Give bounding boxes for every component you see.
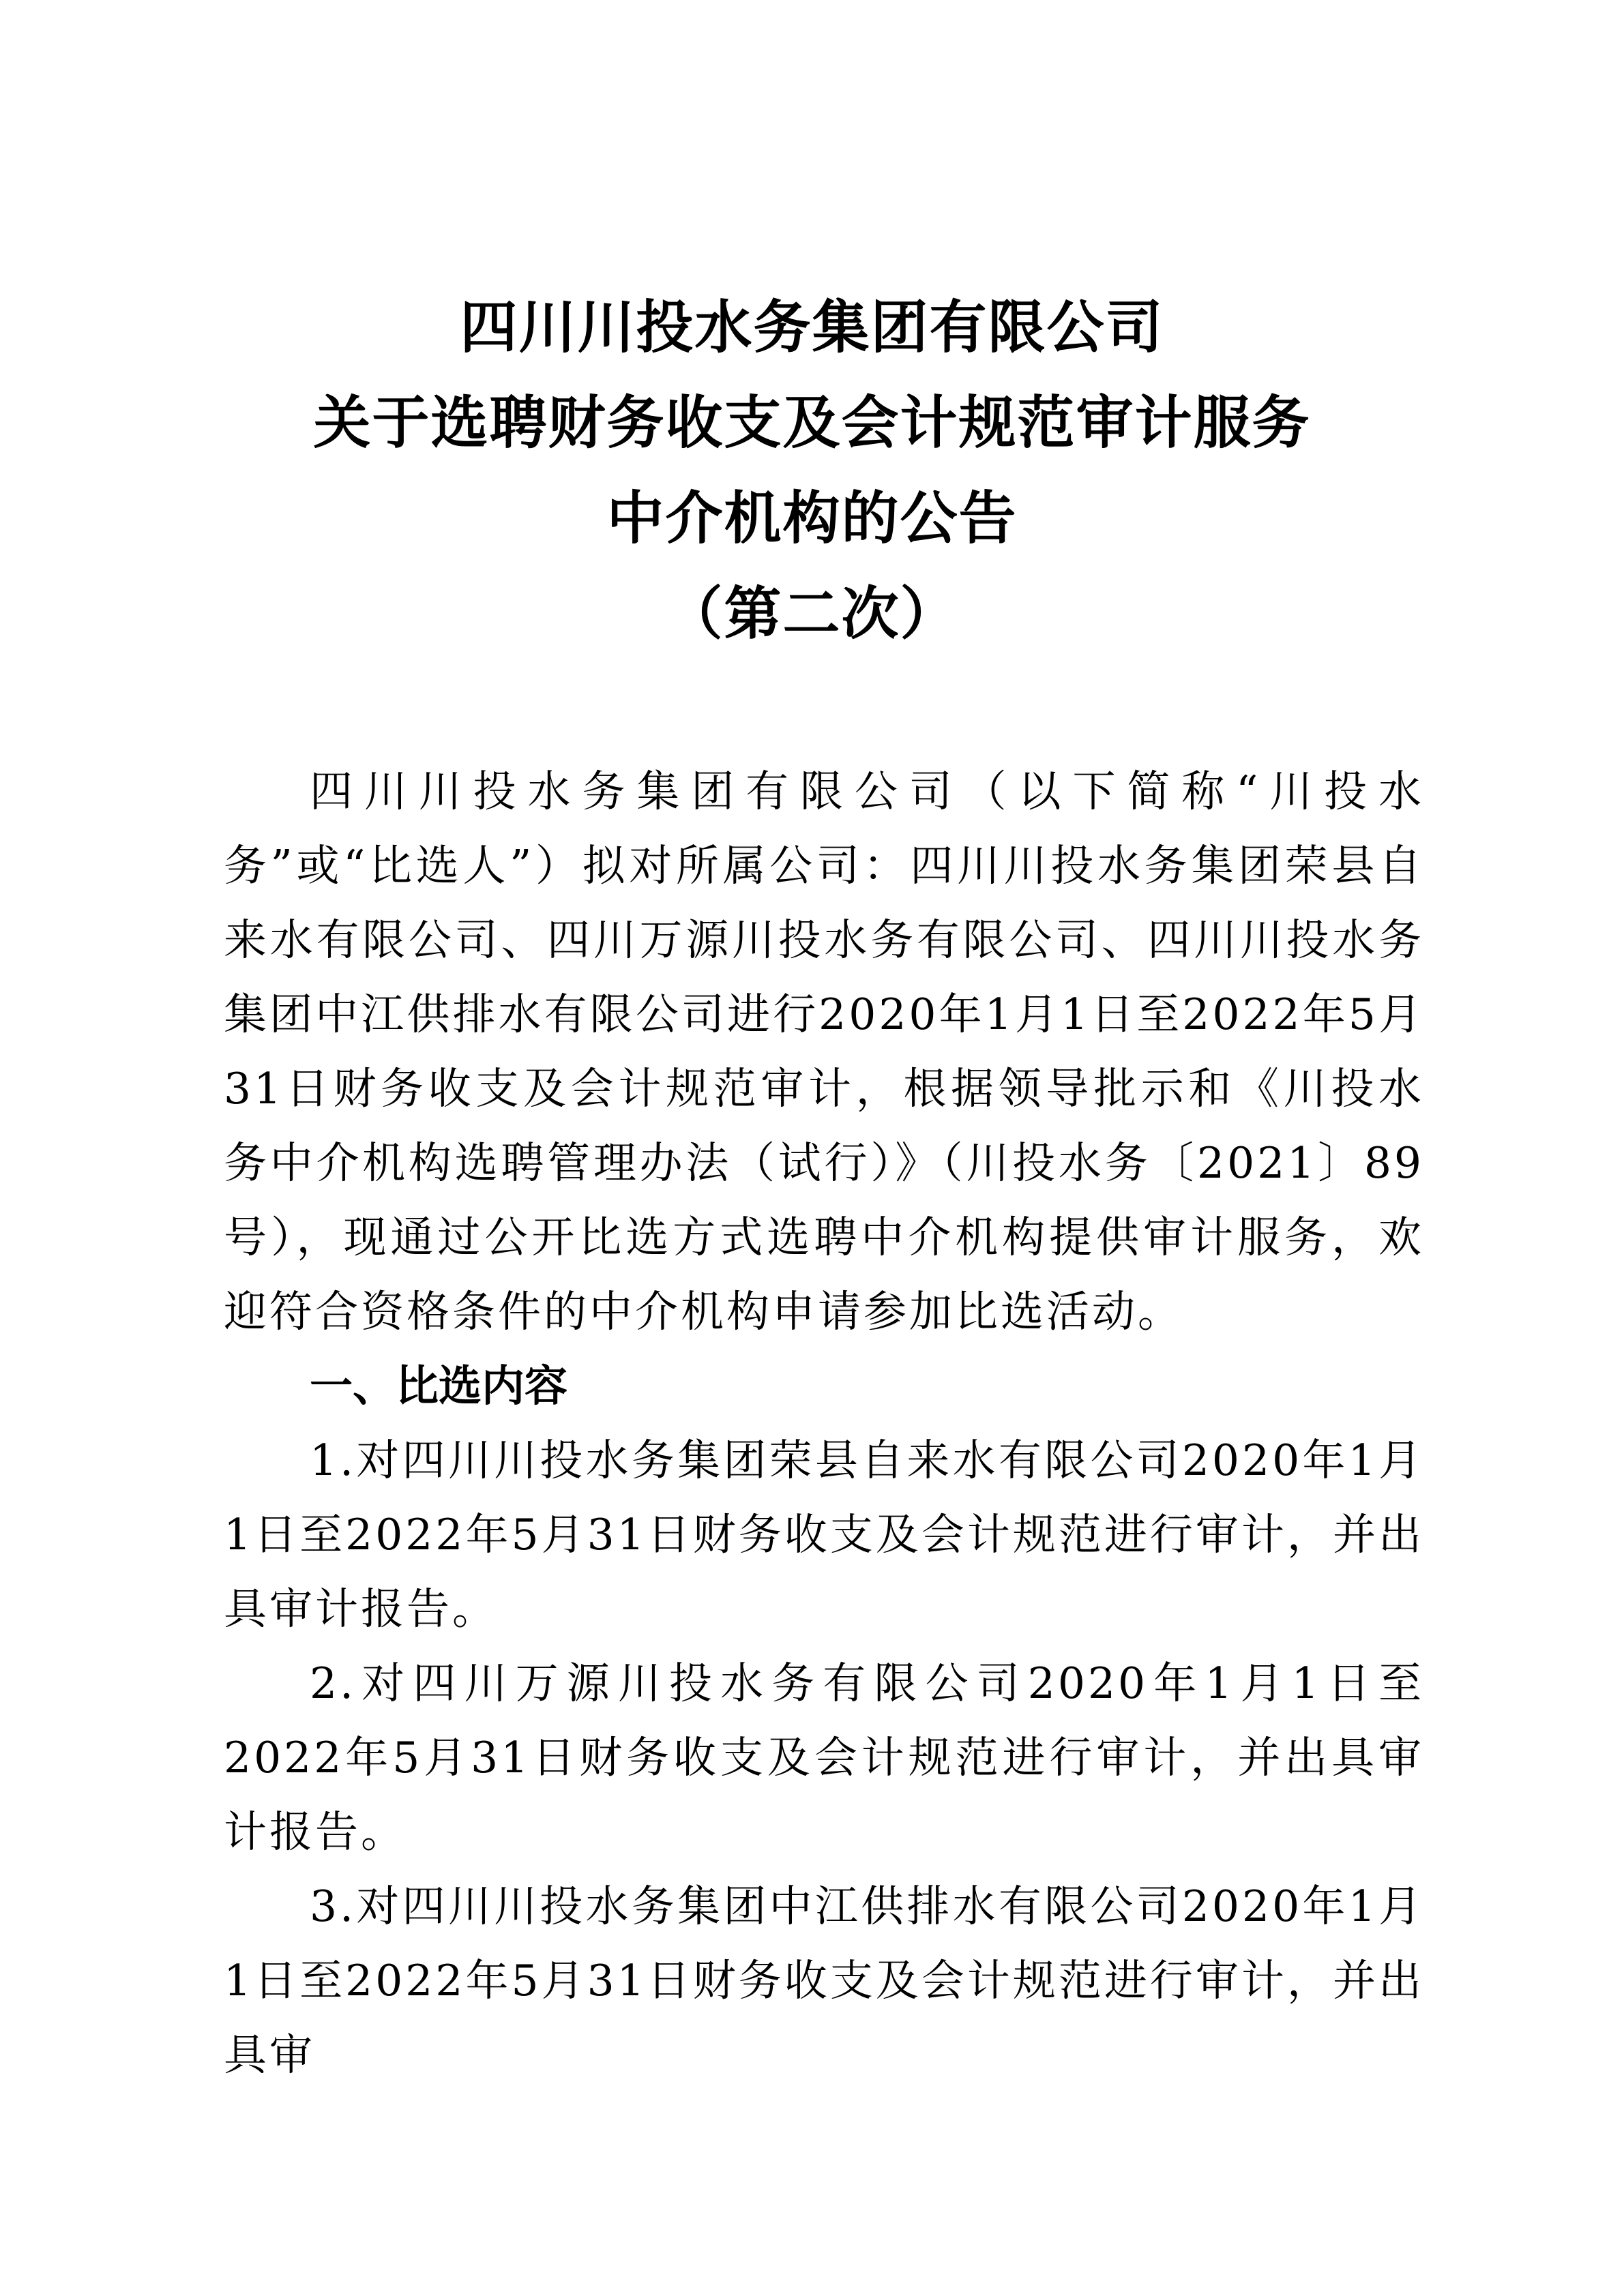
intro-paragraph: 四川川投水务集团有限公司（以下简称“川投水务”或“比选人”）拟对所属公司：四川川… bbox=[224, 754, 1424, 1349]
title-line-company: 四川川投水务集团有限公司 bbox=[0, 280, 1624, 375]
document-page: 四川川投水务集团有限公司 关于选聘财务收支及会计规范审计服务 中介机构的公告 （… bbox=[0, 0, 1624, 2296]
title-line-subject-cont: 中介机构的公告 bbox=[0, 471, 1624, 566]
content-item-1: 1.对四川川投水务集团荣县自来水有限公司2020年1月1日至2022年5月31日… bbox=[224, 1423, 1424, 1646]
content-item-3: 3.对四川川投水务集团中江供排水有限公司2020年1月1日至2022年5月31日… bbox=[224, 1869, 1424, 2092]
title-line-round: （第二次） bbox=[0, 566, 1624, 661]
announcement-title: 四川川投水务集团有限公司 关于选聘财务收支及会计规范审计服务 中介机构的公告 （… bbox=[0, 280, 1624, 661]
section-heading-content: 一、比选内容 bbox=[224, 1349, 1424, 1423]
announcement-body: 四川川投水务集团有限公司（以下简称“川投水务”或“比选人”）拟对所属公司：四川川… bbox=[224, 754, 1424, 2092]
title-line-subject: 关于选聘财务收支及会计规范审计服务 bbox=[0, 375, 1624, 471]
content-item-2: 2.对四川万源川投水务有限公司2020年1月1日至2022年5月31日财务收支及… bbox=[224, 1646, 1424, 1869]
